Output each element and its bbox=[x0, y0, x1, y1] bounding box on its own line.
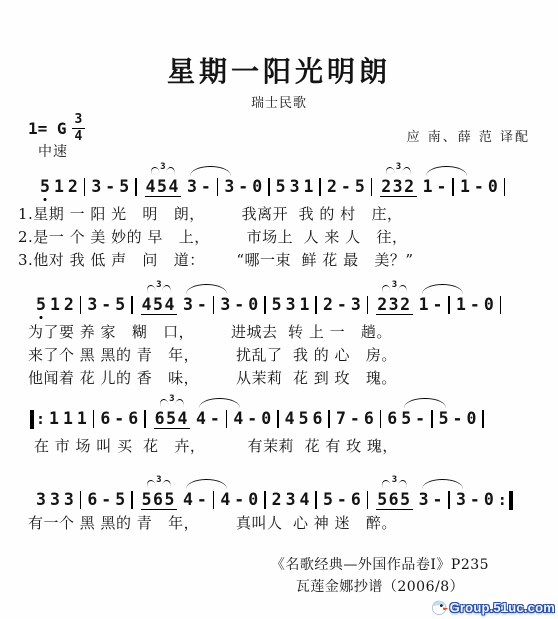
barline bbox=[226, 410, 228, 428]
tie-group: 1-1 bbox=[423, 178, 470, 196]
lyric-line: 有一个 黑 黑的 青 年， 真叫人 心 神 迷 醉。 bbox=[28, 512, 397, 535]
note-token: 3 bbox=[286, 297, 296, 314]
note-token: 5 bbox=[355, 179, 365, 196]
music-system-4-notes: 3336-535654-4-02345-635653-3-0: bbox=[36, 489, 513, 511]
dash-token: - bbox=[470, 492, 480, 509]
rest-token: 0 bbox=[248, 297, 258, 314]
barline bbox=[217, 178, 219, 196]
music-system-3-lyrics: 在 市 场 叫 买 花 卉， 有茉莉 花 有 玫 瑰， bbox=[34, 435, 398, 458]
dash-token: - bbox=[101, 297, 111, 314]
triplet-mark: 3 bbox=[382, 476, 407, 487]
triplet-arc-right bbox=[397, 284, 408, 293]
note-token: 6 bbox=[128, 411, 138, 428]
rest-token: 0 bbox=[484, 297, 494, 314]
note-token: 1 bbox=[49, 411, 59, 428]
barline bbox=[315, 491, 317, 509]
tie-group: 4-4 bbox=[196, 410, 243, 428]
barline bbox=[500, 296, 502, 314]
note-token: 5 bbox=[115, 492, 125, 509]
repeat-thick-bar bbox=[30, 410, 34, 429]
note-token: 1 bbox=[460, 179, 470, 196]
dash-token: - bbox=[114, 411, 124, 428]
triplet-number: 3 bbox=[156, 476, 161, 485]
barline bbox=[452, 178, 454, 196]
triplet-arc-left bbox=[381, 479, 392, 488]
tie-group: 5-5 bbox=[401, 410, 448, 428]
triplet-number: 3 bbox=[156, 281, 161, 290]
triplet-arc-right bbox=[401, 166, 412, 175]
triplet-number: 3 bbox=[169, 395, 174, 404]
dash-token: - bbox=[474, 179, 484, 196]
note-token: 4 bbox=[183, 492, 193, 509]
dash-token: - bbox=[238, 179, 248, 196]
rest-token: 0 bbox=[252, 179, 262, 196]
tie-group: 4-4 bbox=[183, 491, 230, 509]
dash-token: - bbox=[437, 179, 447, 196]
note-token: 3 bbox=[87, 297, 97, 314]
barline bbox=[315, 296, 317, 314]
music-system-3-notes: :1116-636544-4-04567-665-5-0 bbox=[30, 408, 486, 430]
barline bbox=[80, 296, 82, 314]
note-token: 2 bbox=[272, 492, 282, 509]
music-system-2-notes: 5123-534543-3-05312-332321-1-0 bbox=[36, 294, 503, 316]
dash-token: - bbox=[470, 297, 480, 314]
repeat-dots: : bbox=[36, 410, 45, 429]
note-token: 2 bbox=[327, 179, 337, 196]
source-reference: 《名歌经典—外国作品卷I》P235 bbox=[240, 554, 520, 576]
barline bbox=[371, 178, 373, 196]
dash-token: - bbox=[341, 179, 351, 196]
dash-token: - bbox=[433, 492, 443, 509]
triplet-notes: 565 bbox=[376, 492, 412, 511]
note-token: 1 bbox=[77, 411, 87, 428]
note-token: 3 bbox=[187, 179, 197, 196]
triplet-group: 3454 bbox=[145, 177, 181, 198]
triplet-mark: 3 bbox=[146, 281, 171, 292]
triplet-arc-left bbox=[149, 166, 160, 175]
note-token: 2 bbox=[68, 179, 78, 196]
barline bbox=[80, 491, 82, 509]
barline bbox=[367, 296, 369, 314]
triplet-number: 3 bbox=[160, 163, 165, 172]
barline bbox=[448, 491, 450, 509]
note-token: 1 bbox=[54, 179, 64, 196]
note-token: 3 bbox=[64, 492, 74, 509]
triplet-mark: 3 bbox=[386, 163, 411, 174]
triplet-group: 3654 bbox=[154, 409, 190, 430]
lyric-line: 2.是一 个 美 妙的 早 上， 市场上 人 来 人 往， bbox=[18, 226, 414, 249]
triplet-notes: 454 bbox=[145, 179, 181, 198]
triplet-group: 3565 bbox=[141, 490, 177, 511]
repeat-dots: : bbox=[498, 491, 507, 510]
dash-token: - bbox=[101, 492, 111, 509]
barline bbox=[84, 178, 86, 196]
time-denominator: 4 bbox=[75, 129, 83, 144]
note-token: 5 bbox=[276, 179, 286, 196]
music-system-4-lyrics: 有一个 黑 黑的 青 年， 真叫人 心 神 迷 醉。 bbox=[28, 512, 397, 535]
lyric-line: 为了要 养 家 糊 口， 进城去 转 上 一 趟。 bbox=[28, 321, 397, 344]
lyric-line: 1.星期 一 阳 光 明 朗， 我离开 我 的 村 庄， bbox=[18, 203, 414, 226]
triplet-number: 3 bbox=[392, 476, 397, 485]
triplet-number: 3 bbox=[396, 163, 401, 172]
dash-token: - bbox=[234, 297, 244, 314]
note-token: 5 bbox=[439, 411, 449, 428]
note-token: 5 bbox=[323, 492, 333, 509]
dash-token: - bbox=[247, 411, 257, 428]
barline bbox=[319, 178, 321, 196]
rest-token: 0 bbox=[484, 492, 494, 509]
note-token: 5 bbox=[299, 411, 309, 428]
tie-group: 1-1 bbox=[419, 296, 466, 314]
repeat-end-barline: : bbox=[498, 491, 513, 510]
barline bbox=[264, 296, 266, 314]
dash-token: - bbox=[415, 411, 425, 428]
note-token: 4 bbox=[196, 411, 206, 428]
note-token: 3 bbox=[419, 492, 429, 509]
triplet-arc-right bbox=[162, 479, 173, 488]
tempo-marking: 中速 bbox=[38, 141, 68, 161]
dash-token: - bbox=[337, 297, 347, 314]
note-token: 6 bbox=[364, 411, 374, 428]
time-signature: 3 4 bbox=[72, 113, 86, 143]
barline bbox=[135, 178, 137, 196]
note-token: 6 bbox=[100, 411, 110, 428]
triplet-arc-left bbox=[385, 166, 396, 175]
dash-token: - bbox=[234, 492, 244, 509]
repeat-thick-bar bbox=[509, 491, 513, 510]
time-numerator: 3 bbox=[72, 113, 86, 129]
dash-token: - bbox=[197, 492, 207, 509]
lyric-line: 3.他对 我 低 声 问 道： “哪一束 鲜 花 最 美？” bbox=[18, 249, 414, 272]
dash-token: - bbox=[453, 411, 463, 428]
sheet-music-page: 星期一阳光明朗 瑞士民歌 1= G 3 4 中速 应 南、薛 范 译配 5123… bbox=[0, 0, 558, 619]
footer: 《名歌经典—外国作品卷I》P235 瓦莲金娜抄谱（2006/8） bbox=[240, 554, 520, 598]
note-token: 6 bbox=[313, 411, 323, 428]
note-token-low-octave: 5 bbox=[36, 297, 46, 314]
note-token: 1 bbox=[419, 297, 429, 314]
barline bbox=[213, 296, 215, 314]
triplet-arc-left bbox=[145, 479, 156, 488]
barline bbox=[367, 491, 369, 509]
tie-group: 3-3 bbox=[419, 491, 466, 509]
triplet-arc-right bbox=[175, 398, 186, 407]
watermark: Group.51uc.com bbox=[431, 598, 555, 616]
lyric-line: 来了个 黑 黑的 青 年， 扰乱了 我 的 心 房。 bbox=[28, 344, 397, 367]
triplet-notes: 654 bbox=[154, 411, 190, 430]
transcriber-note: 瓦莲金娜抄谱（2006/8） bbox=[240, 576, 520, 598]
triplet-group: 3232 bbox=[376, 295, 412, 316]
note-token: 7 bbox=[336, 411, 346, 428]
triplet-notes: 232 bbox=[376, 297, 412, 316]
dash-token: - bbox=[337, 492, 347, 509]
note-token: 2 bbox=[323, 297, 333, 314]
key-label: 1= G bbox=[28, 119, 67, 138]
note-token: 3 bbox=[351, 297, 361, 314]
note-token: 3 bbox=[456, 492, 466, 509]
barline bbox=[328, 410, 330, 428]
barline bbox=[144, 410, 146, 428]
barline bbox=[93, 410, 95, 428]
rest-token: 0 bbox=[488, 179, 498, 196]
rest-token: 0 bbox=[248, 492, 258, 509]
note-token: 5 bbox=[401, 411, 411, 428]
note-token: 1 bbox=[300, 297, 310, 314]
note-token: 3 bbox=[290, 179, 300, 196]
triplet-notes: 565 bbox=[141, 492, 177, 511]
barline bbox=[448, 296, 450, 314]
rest-token: 0 bbox=[261, 411, 271, 428]
lyric-line: 在 市 场 叫 买 花 卉， 有茉莉 花 有 玫 瑰， bbox=[34, 435, 398, 458]
barline bbox=[131, 296, 133, 314]
rest-token: 0 bbox=[466, 411, 476, 428]
triplet-notes: 454 bbox=[141, 297, 177, 316]
note-token: 4 bbox=[285, 411, 295, 428]
note-token: 4 bbox=[220, 492, 230, 509]
barline bbox=[268, 178, 270, 196]
barline bbox=[482, 410, 484, 428]
note-token: 4 bbox=[233, 411, 243, 428]
note-token: 3 bbox=[91, 179, 101, 196]
triplet-mark: 3 bbox=[382, 281, 407, 292]
note-token: 1 bbox=[63, 411, 73, 428]
note-token: 1 bbox=[50, 297, 60, 314]
triplet-arc-right bbox=[166, 166, 177, 175]
barline bbox=[213, 491, 215, 509]
note-token: 5 bbox=[119, 179, 129, 196]
triplet-arc-right bbox=[162, 284, 173, 293]
note-token: 1 bbox=[304, 179, 314, 196]
song-title: 星期一阳光明朗 bbox=[0, 50, 558, 90]
note-token: 5 bbox=[272, 297, 282, 314]
barline bbox=[131, 491, 133, 509]
triplet-number: 3 bbox=[392, 281, 397, 290]
note-token: 3 bbox=[183, 297, 193, 314]
triplet-group: 3565 bbox=[376, 490, 412, 511]
lyric-line: 他闻着 花 儿的 香 味， 从茉莉 花 到 玫 瑰。 bbox=[28, 367, 397, 390]
triplet-notes: 232 bbox=[380, 179, 416, 198]
song-subtitle: 瑞士民歌 bbox=[0, 92, 558, 111]
triplet-mark: 3 bbox=[150, 163, 175, 174]
triplet-group: 3454 bbox=[141, 295, 177, 316]
repeat-start-barline: : bbox=[30, 410, 45, 429]
note-token: 5 bbox=[115, 297, 125, 314]
triplet-arc-left bbox=[381, 284, 392, 293]
note-token-low-octave: 5 bbox=[40, 179, 50, 196]
note-token: 6 bbox=[387, 411, 397, 428]
note-token: 3 bbox=[224, 179, 234, 196]
watermark-text: Group.51uc.com bbox=[450, 600, 555, 615]
note-token: 3 bbox=[220, 297, 230, 314]
note-token: 3 bbox=[50, 492, 60, 509]
music-system-1-lyrics: 1.星期 一 阳 光 明 朗， 我离开 我 的 村 庄，2.是一 个 美 妙的 … bbox=[18, 203, 414, 272]
arranger-credit: 应 南、薛 范 译配 bbox=[407, 126, 530, 145]
barline bbox=[277, 410, 279, 428]
dash-token: - bbox=[210, 411, 220, 428]
note-token: 6 bbox=[87, 492, 97, 509]
tie-group: 3-3 bbox=[187, 178, 234, 196]
triplet-mark: 3 bbox=[146, 476, 171, 487]
dash-token: - bbox=[433, 297, 443, 314]
triplet-arc-right bbox=[397, 479, 408, 488]
barline bbox=[380, 410, 382, 428]
note-token: 1 bbox=[423, 179, 433, 196]
triplet-mark: 3 bbox=[159, 395, 184, 406]
barline bbox=[504, 178, 506, 196]
key-signature: 1= G 3 4 bbox=[28, 113, 85, 143]
note-token: 4 bbox=[300, 492, 310, 509]
note-token: 2 bbox=[64, 297, 74, 314]
dash-token: - bbox=[105, 179, 115, 196]
barline bbox=[431, 410, 433, 428]
duck-icon bbox=[431, 598, 449, 616]
barline bbox=[264, 491, 266, 509]
music-system-2-lyrics: 为了要 养 家 糊 口， 进城去 转 上 一 趟。来了个 黑 黑的 青 年， 扰… bbox=[28, 321, 397, 390]
dash-token: - bbox=[350, 411, 360, 428]
triplet-arc-left bbox=[158, 398, 169, 407]
dash-token: - bbox=[197, 297, 207, 314]
note-token: 1 bbox=[456, 297, 466, 314]
note-token: 6 bbox=[351, 492, 361, 509]
tie-group: 3-3 bbox=[183, 296, 230, 314]
triplet-arc-left bbox=[145, 284, 156, 293]
note-token: 3 bbox=[286, 492, 296, 509]
note-token: 3 bbox=[36, 492, 46, 509]
music-system-1-notes: 5123-534543-3-05312-532321-1-0 bbox=[40, 176, 507, 198]
dash-token: - bbox=[201, 179, 211, 196]
triplet-group: 3232 bbox=[380, 177, 416, 198]
